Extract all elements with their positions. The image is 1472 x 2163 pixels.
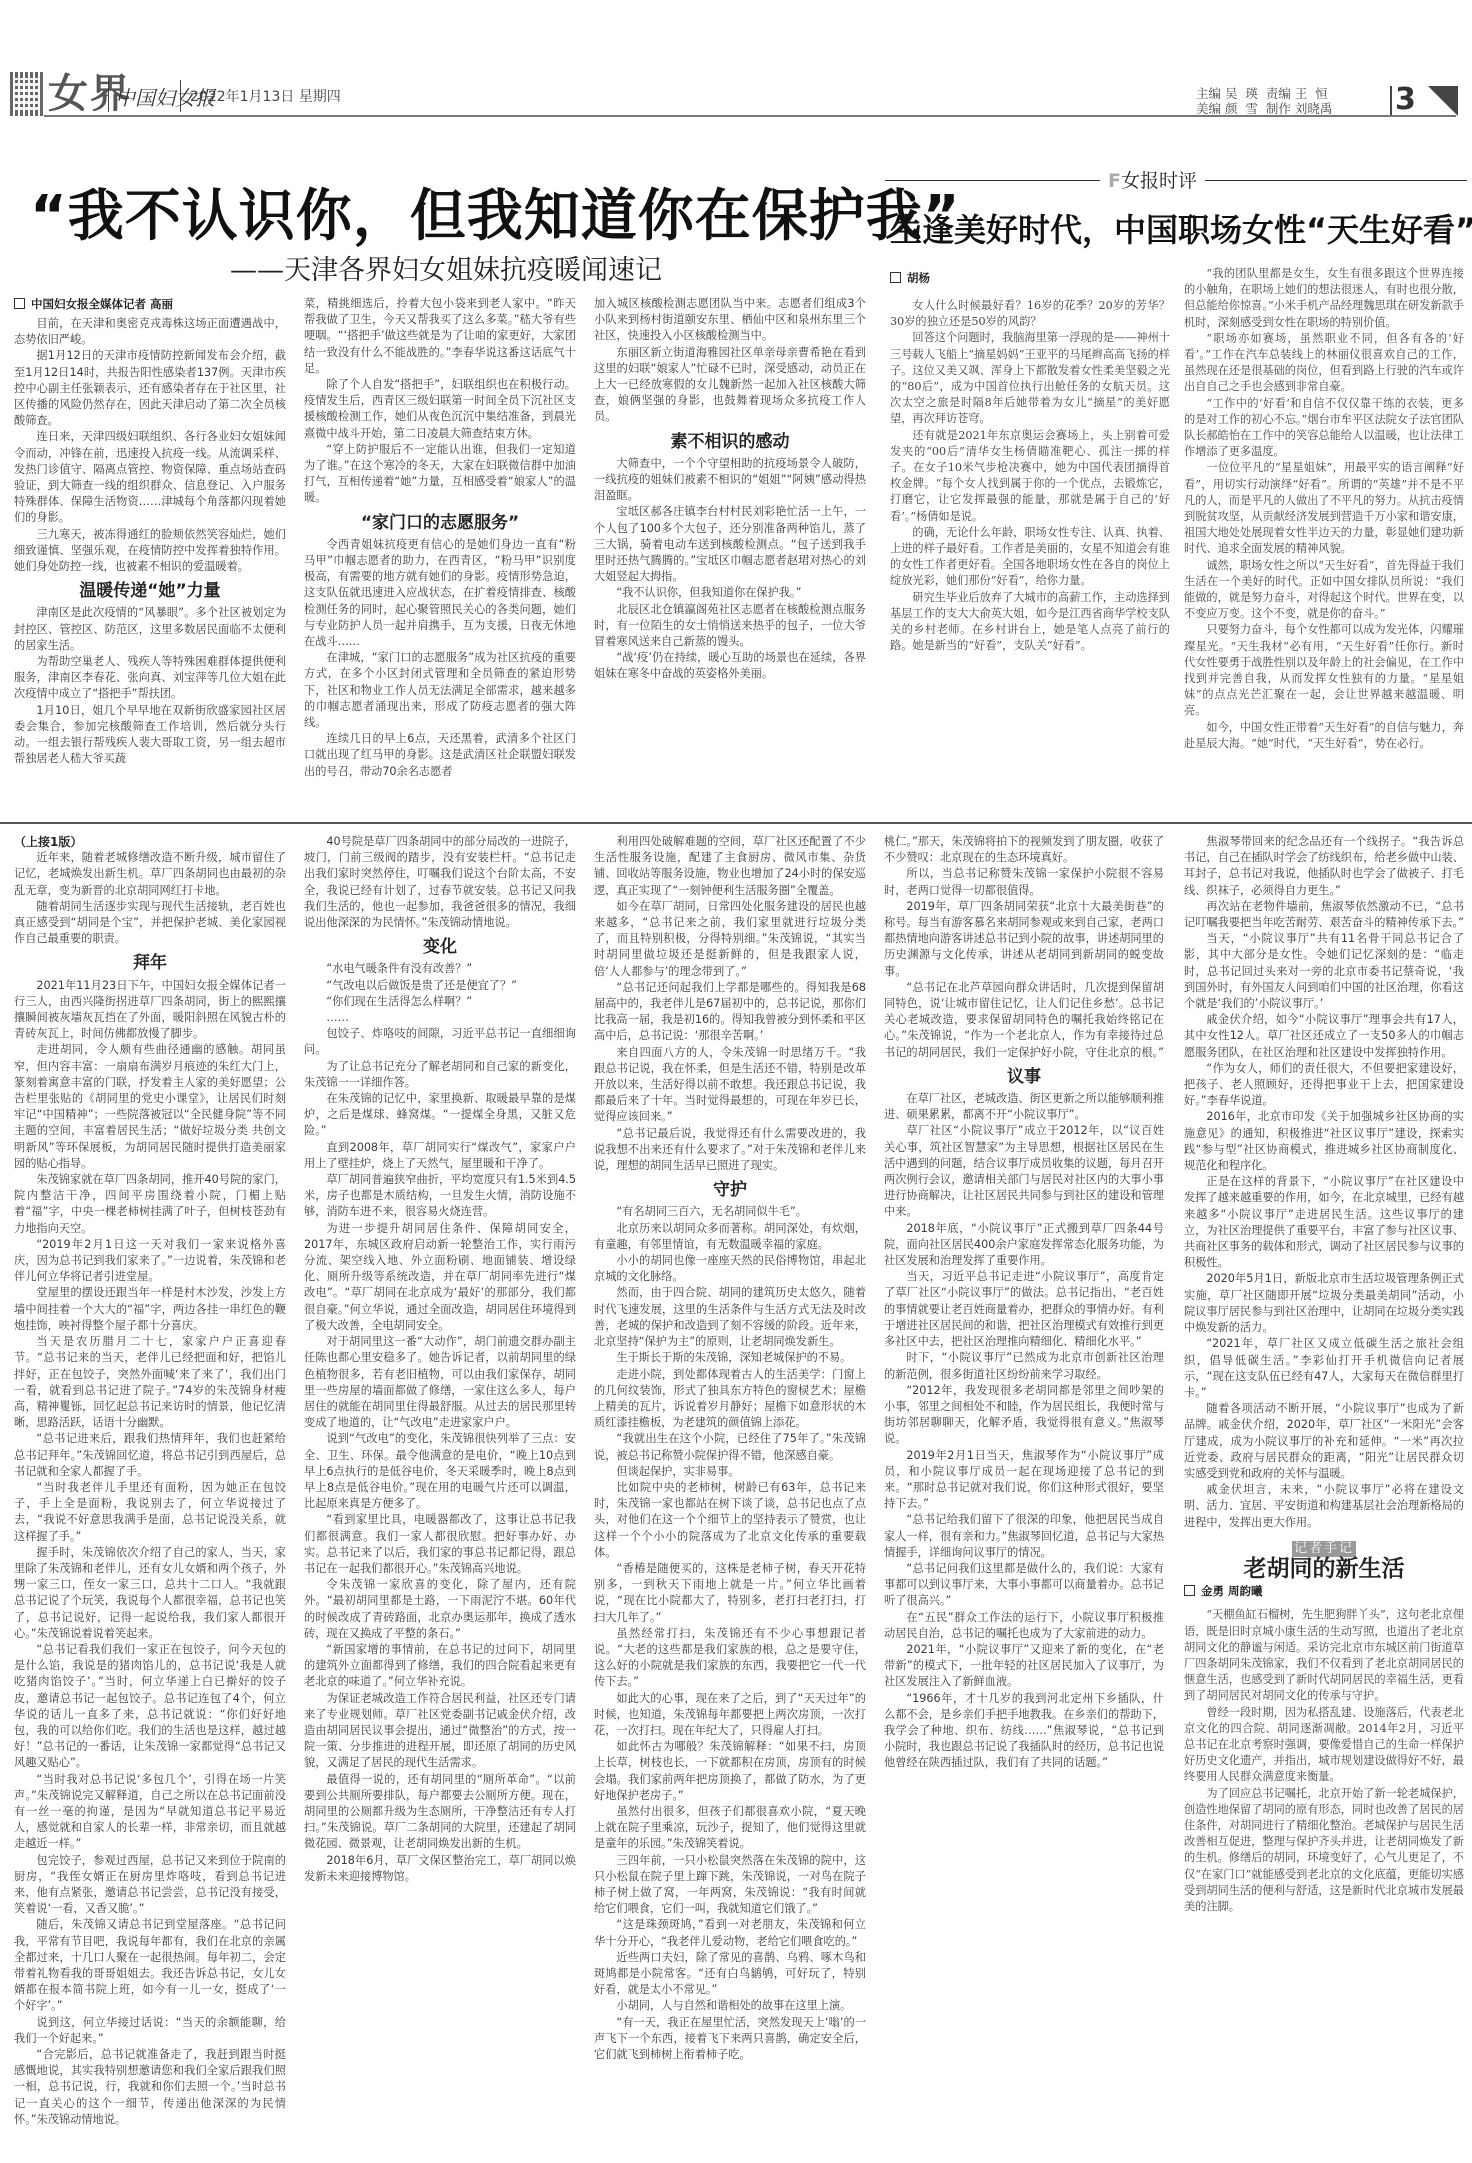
paragraph: 只要努力奋斗，每个女性都可以成为发光体，闪耀璀璨星光。“天生我材”必有用，“天生… bbox=[1184, 622, 1464, 719]
byline-text: 金勇 周韵曦 bbox=[1201, 1584, 1263, 1598]
continued-column-1: （上接1版） 近年来，随着老城修缮改造不断升级，城市留住了记忆，老城焕发出新生机… bbox=[14, 834, 286, 2128]
paragraph: “战‘疫’仍在持续，暖心互助的场景也在延续，各界姐妹在寒冬中奋战的英姿格外美丽。 bbox=[594, 650, 866, 682]
paragraph: 小小的胡同也像一座座天然的民俗博物馆，串起北京城的文化脉络。 bbox=[594, 1253, 866, 1285]
paragraph: 直到2008年，草厂胡同实行“煤改气”，家家户户用上了壁挂炉，烧上了天然气，屋里… bbox=[304, 1140, 576, 1172]
paragraph: 握手时，朱茂锦依次介绍了自己的家人，当天，家里除了朱茂锦和老伴儿，还有女儿女婿和… bbox=[14, 1545, 286, 1642]
paragraph: 2019年，草厂四条胡同荣获“北京十大最美街巷”的称号。每当有游客慕名来胡同参观… bbox=[884, 899, 1164, 980]
paragraph: 草厂社区“小院议事厅”成立于2012年，以“议百姓关心事，筑社区智慧家”为主导思… bbox=[884, 1123, 1164, 1220]
paragraph: 正是在这样的背景下，“小院议事厅”在社区建设中发挥了越来越重要的作用，如今，在北… bbox=[1184, 1174, 1464, 1271]
byline-text: 胡杨 bbox=[907, 271, 930, 285]
continued-column-5: 焦淑琴带回来的纪念品还有一个线拐子。“我告诉总书记，自己在插队时学会了纺线织布，… bbox=[1184, 834, 1464, 1915]
paragraph: 1月10日，姐几个早早地在双新街欣盛家园社区居委会集合，参加完核酸筛查工作培训，… bbox=[14, 703, 286, 768]
paragraph: 三四年前，一只小松鼠突然落在朱茂锦的院中，这只小松鼠在院子里上蹿下跳，朱茂锦说，… bbox=[594, 1853, 866, 1918]
page-number: 3 bbox=[1395, 82, 1416, 117]
paragraph: 如今，中国女性正带着“天生好看”的自信与魅力，奔赴星辰大海。“她”时代，“天生好… bbox=[1184, 720, 1464, 752]
paragraph: 走进小院，到处都体现着古人的生活美学：门窗上的几何纹装饰，形式了独具东方特色的窗… bbox=[594, 1367, 866, 1432]
paragraph: “香椿是随便买的，这株是老柿子树，春天开花特别多，一到秋天下雨地上就是一片。”何… bbox=[594, 1561, 866, 1626]
paragraph: 说到这，何立华接过话说：“当天的余额能聊，给我们一个好起来。” bbox=[14, 2015, 286, 2047]
paragraph: 虽然经常打扫，朱茂锦还有不少心事想跟记者说。“大老的这些都是我们家族的根，总之是… bbox=[594, 1626, 866, 1691]
paragraph: 在草厂社区，老城改造、街区更新之所以能够顺利推进、硕果累累，都离不开“小院议事厅… bbox=[884, 1091, 1164, 1123]
paragraph: 女人什么时候最好看？16岁的花季？20岁的芳华？30岁的独立还是50岁的风韵？ bbox=[890, 298, 1170, 330]
paragraph: 还有就是2021年东京奥运会赛场上，头上别着可爱发夹的“00后”清华女生杨倩瞄准… bbox=[890, 428, 1170, 525]
masthead-separator bbox=[180, 80, 181, 112]
paragraph: “1966年，才十几岁的我到河北定州下乡插队，什么都不会，是乡亲们手把手地教我。… bbox=[884, 1691, 1164, 1772]
paragraph: 宝坻区郝各庄镇李台村村民刘彩艳忙活一上午，一个人包了100多个大包子，还分别准备… bbox=[594, 504, 866, 585]
paragraph: 诚然，职场女性之所以“天生好看”，首先得益于我们生活在一个美好的时代。正如中国女… bbox=[1184, 558, 1464, 623]
paragraph: “工作中的‘好看’和自信不仅仅靠干练的衣装，更多的是对工作的初心不忘。”烟台市牟… bbox=[1184, 396, 1464, 461]
issue-date: 2022年1月13日 星期四 bbox=[190, 86, 341, 106]
section-heading: 温暖传递“她”力量 bbox=[14, 583, 286, 599]
paragraph: “总书记在北芦草园向群众讲话时，几次提到保留胡同特色，说‘让城市留住记忆，让人们… bbox=[884, 980, 1164, 1061]
paragraph: 津南区是此次疫情的“风暴眼”。多个社区被划定为封控区、管控区、防范区，这里多数居… bbox=[14, 605, 286, 654]
paragraph: 在朱茂锦的记忆中，家里换新、取暖最早靠的是煤炉，之后是煤球、蜂窝煤。“一提煤全身… bbox=[304, 1091, 576, 1140]
paragraph: 所以，当总书记称赞朱茂锦一家保护小院很不容易时，老两口觉得一切都很值得。 bbox=[884, 866, 1164, 898]
paragraph: 随着各项活动不断开展，“小院议事厅”也成为了新品牌。戚金伏介绍，2020年，草厂… bbox=[1184, 1401, 1464, 1482]
column-tag-rule-left bbox=[885, 180, 1100, 181]
paragraph: “我的团队里都是女生，女生有很多跟这个世界连接的小触角，在职场上她们的想法很迷人… bbox=[1184, 266, 1464, 331]
paragraph: “看到家里比具，电暖器都改了，这事让总书记我们都很满意。我们一家人都很欣慰。把好… bbox=[304, 1512, 576, 1577]
main-article-column-2: 菜，精挑细选后，拎着大包小袋来到老人家中。“昨天帮我做了卫生，今天又帮我买了这么… bbox=[304, 296, 576, 780]
paragraph: 的确，无论什么年龄，职场女性专注、认真、执着、上进的样子最好看。工作者是美丽的，… bbox=[890, 525, 1170, 590]
continued-column-2: 40号院是草厂四条胡同中的部分局改的一进院子，坡门，门前三级阀的踏步，没有安装栏… bbox=[304, 834, 576, 1885]
paragraph: “总书记看我们我们一家正在包饺子，问今天包的是什么馅，我说是的猪肉馅儿的，总书记… bbox=[14, 1642, 286, 1772]
paragraph: 对于胡同里这一番“大动作”，胡门前遗交群办副主任陈也都心里安稳多了。她告诉记者，… bbox=[304, 1334, 576, 1431]
paragraph: 戚金伏介绍，如今“小院议事厅”理事会共有17人，其中女性12人。草厂社区还成立了… bbox=[1184, 1012, 1464, 1061]
paragraph: 比如院中央的老柿树，树龄已有63年，总书记来时，朱茂锦一家也都站在树下谈了谈，总… bbox=[594, 1480, 866, 1561]
paragraph: 据1月12日的天津市疫情防控新闻发布会介绍，截至1月12日14时，共报告阳性感染… bbox=[14, 348, 286, 429]
paragraph: 连续几日的早上6点，天还黑着，武清多个社区门口就出现了红马甲的身影。这是武清区社… bbox=[304, 731, 576, 780]
paragraph: 为进一步提升胡同居住条件、保障胡同安全，2017年，东城区政府启动新一轮整治工作… bbox=[304, 1221, 576, 1334]
paragraph: 40号院是草厂四条胡同中的部分局改的一进院子，坡门，门前三级阀的踏步，没有安装栏… bbox=[304, 834, 576, 931]
paragraph: “天棚鱼缸石榴树，先生肥狗胖丫头”，这句老北京俚语，既是旧时京城小康生活的生动写… bbox=[1184, 1607, 1464, 1704]
paragraph: 堂屋里的摆设还跟当年一样是村木沙发，沙发上方墙中间挂着一个大大的“福”字，两边各… bbox=[14, 1285, 286, 1334]
reporter-notes-tag: 记者手记 bbox=[1292, 1541, 1356, 1557]
paragraph: “总书记问我们这里都是做什么的，我们说：大家有事都可以到议事厅来，大事小事都可以… bbox=[884, 1561, 1164, 1610]
masthead-separator bbox=[108, 80, 109, 112]
quote-line: “水电气暖条件有没有改善？” bbox=[304, 961, 576, 977]
qr-code-icon bbox=[10, 72, 44, 116]
paragraph: 2021年11月23日下午，中国妇女报全媒体记者一行三人，由西兴隆街拐进草厂四条… bbox=[14, 978, 286, 1043]
column-tag: F女报时评 bbox=[1108, 166, 1197, 193]
main-subheadline: ——天津各界妇女姐妹抗疫暖闻速记 bbox=[230, 248, 662, 287]
section-heading: “家门口的志愿服务” bbox=[304, 515, 576, 531]
paragraph: “合完影后，总书记就准备走了，我赶到跟当时挺感慨地说，其实我特别想邀请您和我们全… bbox=[14, 2047, 286, 2128]
paragraph: 如此怀古为哪般？朱茂锦解释：“如果不扫，房顶上长草，树枝也长，一下就都积在房顶，… bbox=[594, 1739, 866, 1804]
section-heading: 变化 bbox=[304, 939, 576, 955]
commentary-byline: 胡杨 bbox=[890, 270, 930, 286]
editor-credits-line2: 美编 颜 雪 制作 刘晓禹 bbox=[1196, 101, 1332, 116]
paragraph: 如今在草厂胡同，日常四处化服务建设的居民也越来越多，“总书记来之前，我们家里就进… bbox=[594, 899, 866, 980]
paragraph: 三九寒天，被冻得通红的脸颊依然笑容灿烂，她们细致谨慎、坚强乐观，在疫情防控中发挥… bbox=[14, 527, 286, 576]
editor-credits-line1: 主编 吴 瑛 责编 王 恒 bbox=[1196, 86, 1328, 101]
reporter-notes-title: 老胡同的新生活 bbox=[1184, 1561, 1464, 1577]
reporter-notes-byline: 金勇 周韵曦 bbox=[1184, 1583, 1464, 1599]
paragraph: 2016年，北京市印发《关于加强城乡社区协商的实施意见》的通知，积极推进“社区议… bbox=[1184, 1109, 1464, 1174]
paragraph: “2012年，我发现很多老胡同都是邻里之间吵架的小事，邻里之间相处不和睦，作为居… bbox=[884, 1383, 1164, 1448]
paragraph: “这是珠颈斑鸠，”看到一对老朋友，朱茂锦和何立华十分开心，“我老伴儿爱动物，老给… bbox=[594, 1917, 866, 1949]
paragraph: 大筛查中，一个个守望相助的抗疫场景令人破防，一线抗疫的姐妹们被素不相识的“姐姐”… bbox=[594, 456, 866, 505]
byline-text: 中国妇女报全媒体记者 高丽 bbox=[31, 297, 173, 311]
paragraph: “我就出生在这个小院，已经住了75年了。”朱茂锦说，被总书记称赞小院保护得不错，… bbox=[594, 1431, 866, 1463]
paragraph: 当天，“小院议事厅”共有11名骨干同总书记合了影，其中大部分是女性。令她们记忆深… bbox=[1184, 931, 1464, 1012]
masthead: 女界 中国妇女报 2022年1月13日 星期四 主编 吴 瑛 责编 王 恒 美编… bbox=[0, 0, 1472, 118]
paragraph: 连日来，天津四级妇联组织、各行各业妇女姐妹闻令而动，冲锋在前，迅速投入抗疫一线。… bbox=[14, 429, 286, 526]
paragraph: 除了个人自发“搭把手”，妇联组织也在积极行动。疫情发生后，西青区三级妇联第一时间… bbox=[304, 377, 576, 442]
quote-line: “你们现在生活得怎么样啊？” bbox=[304, 994, 576, 1010]
paragraph: “作为女人，师们的责任很大，不但要把家建设好，把孩子、老人照顾好，还得把事业干上… bbox=[1184, 1061, 1464, 1110]
paragraph: 为帮助空巢老人、残疾人等特殊困难群体提供便利服务，津南区李春花、张向真、刘宝萍等… bbox=[14, 654, 286, 703]
section-heading: 议事 bbox=[884, 1069, 1164, 1085]
commentary-column-1: 女人什么时候最好看？16岁的花季？20岁的芳华？30岁的独立还是50岁的风韵？ … bbox=[890, 298, 1170, 654]
byline-box-icon bbox=[1184, 1585, 1195, 1596]
paragraph: 包饺子、炸咯吱的间隙，习近平总书记一直细细询问。 bbox=[304, 1026, 576, 1058]
paragraph: 在“五民”群众工作法的运行下，小院议事厅积极推动居民自治，总书记的嘱托也成为了大… bbox=[884, 1610, 1164, 1642]
main-article-column-1: 目前，在天津和奥密克戎毒株这场正面遭遇战中，态势依旧严峻。 据1月12日的天津市… bbox=[14, 316, 286, 767]
section-heading: 素不相识的感动 bbox=[594, 434, 866, 450]
paragraph: 说到“气改电”的变化，朱茂锦很快列举了三点：安全、卫生、环保。最令他满意的是电价… bbox=[304, 1431, 576, 1512]
paragraph: 2018年6月，草厂文保区整治完工，草厂胡同以焕发新未来迎接博物馆。 bbox=[304, 1853, 576, 1885]
paragraph: 令朱茂锦一家欣喜的变化，除了屋内，还有院外。“最初胡同里都是土路，一下雨泥泞不堪… bbox=[304, 1577, 576, 1642]
byline-box-icon bbox=[14, 298, 25, 309]
paragraph: 北京历来以胡同众多而著称。胡同深处，有炊烟，有童趣，有邻里情谊，有无数温暖幸福的… bbox=[594, 1221, 866, 1253]
paragraph: 为了让总书记充分了解老胡同和自己家的新变化，朱茂锦一一详细作答。 bbox=[304, 1059, 576, 1091]
paragraph: 当天，习近平总书记走进“小院议事厅”，高度肯定了草厂社区“小院议事厅”的做法。总… bbox=[884, 1269, 1164, 1350]
paragraph: 曾经一段时期，因为私搭乱建、设施落后，代表老北京文化的四合院、胡同逐渐凋敝。20… bbox=[1184, 1705, 1464, 1786]
paragraph: 桃仁。”那天，朱茂锦将拍下的视频发到了朋友圈，收获了不少赞叹：北京现在的生态环境… bbox=[884, 834, 1164, 866]
paragraph: “总书记还问起我们上学都是哪些的。得知我是68届高中的，我老伴儿是67届初中的，… bbox=[594, 980, 866, 1045]
paragraph: “有名胡同三百六，无名胡同似牛毛”。 bbox=[594, 1204, 866, 1220]
paragraph: 来自四面八方的人，令朱茂锦一时思绪万千。“我跟总书记说，我在怀柔，但是生活还不错… bbox=[594, 1045, 866, 1126]
paragraph: 包完饺子，参观过西屋，总书记又来到位于院南的厨房，“我侄女婿正在厨房里炸咯吱，看… bbox=[14, 1853, 286, 1918]
paragraph: 但谈起保护，实非易事。 bbox=[594, 1464, 866, 1480]
paragraph: 利用四处破解难题的空间，草厂社区还配置了不少生活性服务设施，配建了主食厨房、微风… bbox=[594, 834, 866, 899]
paragraph: 北辰区北仓镇瀛阁苑社区志愿者在核酸检测点服务时，有一位陌生的女士悄悄送来热乎的包… bbox=[594, 602, 866, 651]
paragraph: 然而，由于四合院、胡同的建筑历史太悠久，随着时代飞速发展，这里的生活条件与生活方… bbox=[594, 1285, 866, 1350]
paragraph: “总书记给我们留下了很深的印象，他把居民当成自家人一样，很有亲和力。”焦淑琴回忆… bbox=[884, 1512, 1164, 1561]
masthead-rule bbox=[44, 115, 1456, 117]
paragraph: 焦淑琴带回来的纪念品还有一个线拐子。“我告诉总书记，自己在插队时学会了纺线织布，… bbox=[1184, 834, 1464, 899]
paragraph: 2020年5月1日，新版北京市生活垃圾管理条例正式实施，草厂社区随即开展“垃圾分… bbox=[1184, 1271, 1464, 1336]
paragraph: “新国家增的事情前，在总书记的过问下，胡同里的建筑外立面都得到了修缮，我们的四合… bbox=[304, 1642, 576, 1691]
commentary-headline: 生逢美好时代，中国职场女性“天生好看” bbox=[890, 205, 1472, 251]
paragraph: 在津城，“家门口的志愿服务”成为社区抗疫的重要方式，在多个小区封闭式管理和全员筛… bbox=[304, 650, 576, 731]
paragraph: 近些两口夫妇，除了常见的喜鹊、乌鸦、啄木鸟和斑鸠都是小院常客。“还有白鸟鹟鸲，可… bbox=[594, 1950, 866, 1999]
paragraph: “职场亦如赛场，虽然职业不同，但各有各的‘好看’。”工作在汽车总装线上的林丽仪很… bbox=[1184, 331, 1464, 396]
main-article-column-3: 加入城区核酸检测志愿团队当中来。志愿者们组成3个小队来到杨村街道颐安东里、栖仙中… bbox=[594, 296, 866, 683]
paragraph: 2021年，“小院议事厅”又迎来了新的变化，在“老带新”的模式下，一批年轻的社区… bbox=[884, 1642, 1164, 1691]
paragraph: 时下，“小院议事厅”已然成为北京市创新社区治理的新范例，很多街道社区纷纷前来学习… bbox=[884, 1350, 1164, 1382]
main-byline: 中国妇女报全媒体记者 高丽 bbox=[14, 296, 173, 312]
paragraph: 近年来，随着老城修缮改造不断升级，城市留住了记忆，老城焕发出新生机。草厂四条胡同… bbox=[14, 850, 286, 899]
paragraph: 草厂胡同普遍狭窄曲折，平均宽度只有1.5米到4.5米，房子也都是木质结构，一旦发… bbox=[304, 1172, 576, 1221]
paragraph: 走进胡同，令人颇有些曲径通幽的感触。胡同虽窄，但内容丰富：一扇扇布满岁月痕迹的朱… bbox=[14, 1042, 286, 1172]
paragraph: 研究生毕业后放弃了大城市的高薪工作，主动选择到基层工作的支大大俞英大姐，如今是江… bbox=[890, 590, 1170, 655]
paragraph: 随着胡同生活逐步实现与现代生活接轨，老百姓也真正感受到“胡同是个宝”，并把保护老… bbox=[14, 899, 286, 948]
commentary-column-2: “我的团队里都是女生，女生有很多跟这个世界连接的小触角，在职场上她们的想法很迷人… bbox=[1184, 266, 1464, 752]
paragraph: 为了回应总书记嘱托，北京开始了新一轮老城保护，创造性地保留了胡同的原有形态，同时… bbox=[1184, 1786, 1464, 1916]
paragraph: 目前，在天津和奥密克戎毒株这场正面遭遇战中，态势依旧严峻。 bbox=[14, 316, 286, 348]
paragraph: “总书记最后说，我觉得还有什么需要改进的，我说我想不出来还有什么要求了。”对于朱… bbox=[594, 1126, 866, 1175]
column-tag-letter: F bbox=[1108, 170, 1121, 192]
paragraph: 再次站在老物件墙前，焦淑琴依然激动不已，“总书记叮嘱我要把当年吃苦耐劳、艰苦奋斗… bbox=[1184, 899, 1464, 931]
paragraph: 令西青姐妹抗疫更有信心的是她们身边一直有“粉马甲”巾帼志愿者的助力，在西青区，“… bbox=[304, 537, 576, 650]
continued-column-3: 利用四处破解难题的空间，草厂社区还配置了不少生活性服务设施，配建了主食厨房、微风… bbox=[594, 834, 866, 2063]
paragraph: “当时我对总书记说‘多包几个’，引得在场一片笑声。”朱茂锦说完又解释道，自己之所… bbox=[14, 1772, 286, 1853]
quote-line: …… bbox=[304, 1010, 576, 1026]
main-headline: “我不认识你，但我知道你在保护我” bbox=[30, 172, 961, 252]
paragraph: 为保证老城改造工作符合居民利益，社区还专门请来了专业规划师。草厂社区党委副书记戚… bbox=[304, 1691, 576, 1772]
paragraph: 随后，朱茂锦又请总书记到堂屋落座。“总书记问我，平常有节目吧，我说每年都有，我们… bbox=[14, 1917, 286, 2014]
paragraph: 当天是农历腊月二十七，家家户户正喜迎春节。“总书记来的当天，老伴儿已经把面和好，… bbox=[14, 1334, 286, 1431]
column-tag-rule-right bbox=[1205, 180, 1467, 181]
section-heading: 守护 bbox=[594, 1182, 866, 1198]
paragraph: 虽然付出很多，但孩子们都很喜欢小院，“夏天晚上就在院子里乘凉，玩沙子，捉知了，他… bbox=[594, 1804, 866, 1853]
paragraph: 东丽区新立街道海雅园社区单亲母亲曹希艳在看到这里的妇联“娘家人”忙碌不已时，深受… bbox=[594, 345, 866, 426]
continued-column-4: 桃仁。”那天，朱茂锦将拍下的视频发到了朋友圈，收获了不少赞叹：北京现在的生态环境… bbox=[884, 834, 1164, 1772]
paragraph: 生于斯长于斯的朱茂锦，深知老城保护的不易。 bbox=[594, 1350, 866, 1366]
continued-from-label: （上接1版） bbox=[14, 834, 286, 850]
paragraph: 回答这个问题时，我脑海里第一浮现的是——神州十三号载人飞船上“摘星妈妈”王亚平的… bbox=[890, 330, 1170, 427]
paragraph: 朱茂锦家就在草厂四条胡同，推开40号院的家门，院内整洁干净，四间平房围绕着小院，… bbox=[14, 1172, 286, 1237]
paragraph: 加入城区核酸检测志愿团队当中来。志愿者们组成3个小队来到杨村街道颐安东里、栖仙中… bbox=[594, 296, 866, 345]
reporter-notes-body: “天棚鱼缸石榴树，先生肥狗胖丫头”，这句老北京俚语，既是旧时京城小康生活的生动写… bbox=[1184, 1607, 1464, 1915]
paragraph: “穿上防护服后不一定能认出谁，但我们一定知道为了谁。”在这个寒冷的冬天，大家在妇… bbox=[304, 442, 576, 507]
paragraph: 戚金伏坦言，未来，“小院议事厅”必将在建设文明、活力、宜居、平安街道和构建基层社… bbox=[1184, 1482, 1464, 1531]
quote-line: “气改电以后做饭是贵了还是便宜了？” bbox=[304, 978, 576, 994]
byline-box-icon bbox=[890, 272, 901, 283]
paragraph: “我不认识你，但我知道你在保护我。” bbox=[594, 585, 866, 601]
paragraph: “2021年，草厂社区又成立低碳生活之旅社会组织，倡导低碳生活。”李彩仙打开手机… bbox=[1184, 1336, 1464, 1401]
paragraph: 如此大的心事，现在来了之后，到了“天天过年”的时候，也知道，朱茂锦每年都要把上两… bbox=[594, 1691, 866, 1740]
paragraph: “2019年2月1日这一天对我们一家来说格外喜庆，因为总书记到我们家来了。”一边… bbox=[14, 1237, 286, 1286]
paragraph: 最值得一说的，还有胡同里的“厕所革命”。“以前要到公共厕所要排队，每户都要去公厕… bbox=[304, 1772, 576, 1853]
paragraph: 小胡同，人与自然和谐相处的故事在这里上演。 bbox=[594, 1998, 866, 2014]
paragraph: 2019年2月1日当天，焦淑琴作为“小院议事厅”成员，和小院议事厅成员一起在现场… bbox=[884, 1448, 1164, 1513]
paragraph: “总书记进来后，跟我们热情拜年，我们也赶紧给总书记拜年。”朱茂锦回忆道，将总书记… bbox=[14, 1431, 286, 1480]
paragraph: 菜，精挑细选后，拎着大包小袋来到老人家中。“昨天帮我做了卫生，今天又帮我买了这么… bbox=[304, 296, 576, 377]
section-heading: 拜年 bbox=[14, 955, 286, 971]
column-tag-text: 女报时评 bbox=[1121, 170, 1197, 192]
page-corner-triangle-icon bbox=[1428, 86, 1458, 116]
paragraph: “有一天，我正在屋里忙活，突然发现天上‘嗡’的一声飞下一个东西，接着飞下来两只喜… bbox=[594, 2015, 866, 2064]
editor-credits: 主编 吴 瑛 责编 王 恒 美编 颜 雪 制作 刘晓禹 bbox=[1196, 86, 1332, 116]
page-number-separator bbox=[1390, 86, 1392, 116]
paragraph: 2018年底，“小院议事厅”正式搬到草厂四条44号院，面向社区居民400余户家庭… bbox=[884, 1221, 1164, 1270]
paragraph: “当时我老伴儿手里还有面粉，因为她正在包饺子，手上全是面粉，我说别去了，何立华说… bbox=[14, 1480, 286, 1545]
paragraph: 一位位平凡的“星星姐妹”，用最平实的语言阐释“好看”，用切实行动演绎“好看”。所… bbox=[1184, 460, 1464, 557]
section-divider bbox=[0, 822, 1472, 824]
